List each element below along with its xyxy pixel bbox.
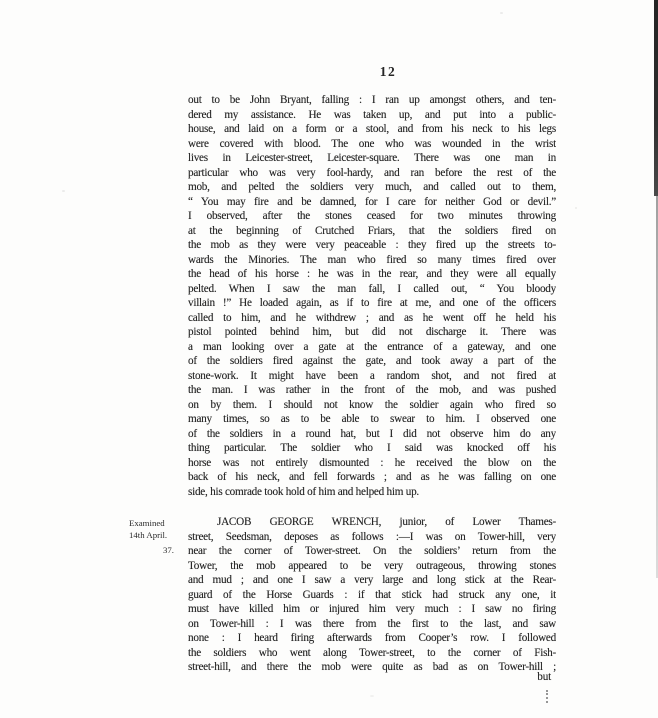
margin-note: Examined 14th April. 37.: [129, 518, 187, 557]
text-line: particular who was very fool-hardy, and …: [188, 166, 556, 181]
scan-speck: [62, 190, 65, 192]
text-line: on Tower-hill : I was there from the fir…: [188, 617, 556, 632]
scan-speck: [500, 12, 503, 14]
text-line: the mob as they were very peaceable : th…: [188, 238, 556, 253]
margin-note-date: 14th April.: [129, 530, 187, 542]
scan-speck: [575, 207, 577, 209]
text-column: out to be John Bryant, falling : I ran u…: [188, 93, 556, 675]
scan-speck: [370, 695, 374, 697]
scan-edge-artifact-dark: [654, 0, 658, 196]
margin-note-examined: Examined: [129, 518, 187, 530]
text-line: and mud ; and one I saw a very large and…: [188, 573, 556, 588]
text-line: street, Seedsman, deposes as follows :—I…: [188, 530, 556, 545]
text-line: at the beginning of Crutched Friars, tha…: [188, 224, 556, 239]
text-line: mob, and pelted the soldiers very much, …: [188, 180, 556, 195]
page-number: 12: [188, 64, 556, 80]
text-line: the head of his horse : he was in the re…: [188, 267, 556, 282]
text-line: the man. I was rather in the front of th…: [188, 383, 556, 398]
text-line: none : I heard firing afterwards from Co…: [188, 631, 556, 646]
text-line: back of his neck, and fell forwards ; an…: [188, 470, 556, 485]
text-line: stone-work. It might have been a random …: [188, 369, 556, 384]
text-line: Tower, the mob appeared to be very outra…: [188, 559, 556, 574]
text-line: of the soldiers in a round hat, but I di…: [188, 427, 556, 442]
paragraph-deposition-wrench: JACOB GEORGE WRENCH, junior, of Lower Th…: [188, 515, 556, 675]
text-line: the soldiers who went along Tower-street…: [188, 646, 556, 661]
text-line: on by them. I should not know the soldie…: [188, 398, 556, 413]
text-line: dered my assistance. He was taken up, an…: [188, 108, 556, 123]
text-line: must have killed him or injured him very…: [188, 602, 556, 617]
text-line: house, and laid on a form or a stool, an…: [188, 122, 556, 137]
text-line: pelted. When I saw the man fall, I calle…: [188, 282, 556, 297]
text-line: villain !” He loaded again, as if to fir…: [188, 296, 556, 311]
text-line: many times, so as to be able to swear to…: [188, 412, 556, 427]
catchword: but: [188, 671, 551, 683]
text-line: thing particular. The soldier who I said…: [188, 441, 556, 456]
text-line: of the soldiers fired against the gate, …: [188, 354, 556, 369]
text-line: I observed, after the stones ceased for …: [188, 209, 556, 224]
paragraph-deposition-continuation: out to be John Bryant, falling : I ran u…: [188, 93, 556, 499]
text-line: pistol pointed behind him, but did not d…: [188, 325, 556, 340]
text-line: a man looking over a gate at the entranc…: [188, 340, 556, 355]
text-line: called to him, and he withdrew ; and as …: [188, 311, 556, 326]
text-line: horse was not entirely dismounted : he r…: [188, 456, 556, 471]
text-line: JACOB GEORGE WRENCH, junior, of Lower Th…: [188, 515, 556, 530]
scanned-book-page: 12 Examined 14th April. 37. out to be Jo…: [0, 0, 658, 718]
text-line: wards the Minories. The man who fired so…: [188, 253, 556, 268]
text-line: side, his comrade took hold of him and h…: [188, 485, 556, 500]
text-line: guard of the Horse Guards : if that stic…: [188, 588, 556, 603]
text-line: near the corner of Tower-street. On the …: [188, 544, 556, 559]
margin-note-number: 37.: [129, 545, 187, 557]
text-line: out to be John Bryant, falling : I ran u…: [188, 93, 556, 108]
text-line: lives in Leicester-street, Leicester-squ…: [188, 151, 556, 166]
text-line: “ You may fire and be damned, for I care…: [188, 195, 556, 210]
ink-smudge-mark: [546, 690, 550, 703]
text-line: were covered with blood. The one who was…: [188, 137, 556, 152]
